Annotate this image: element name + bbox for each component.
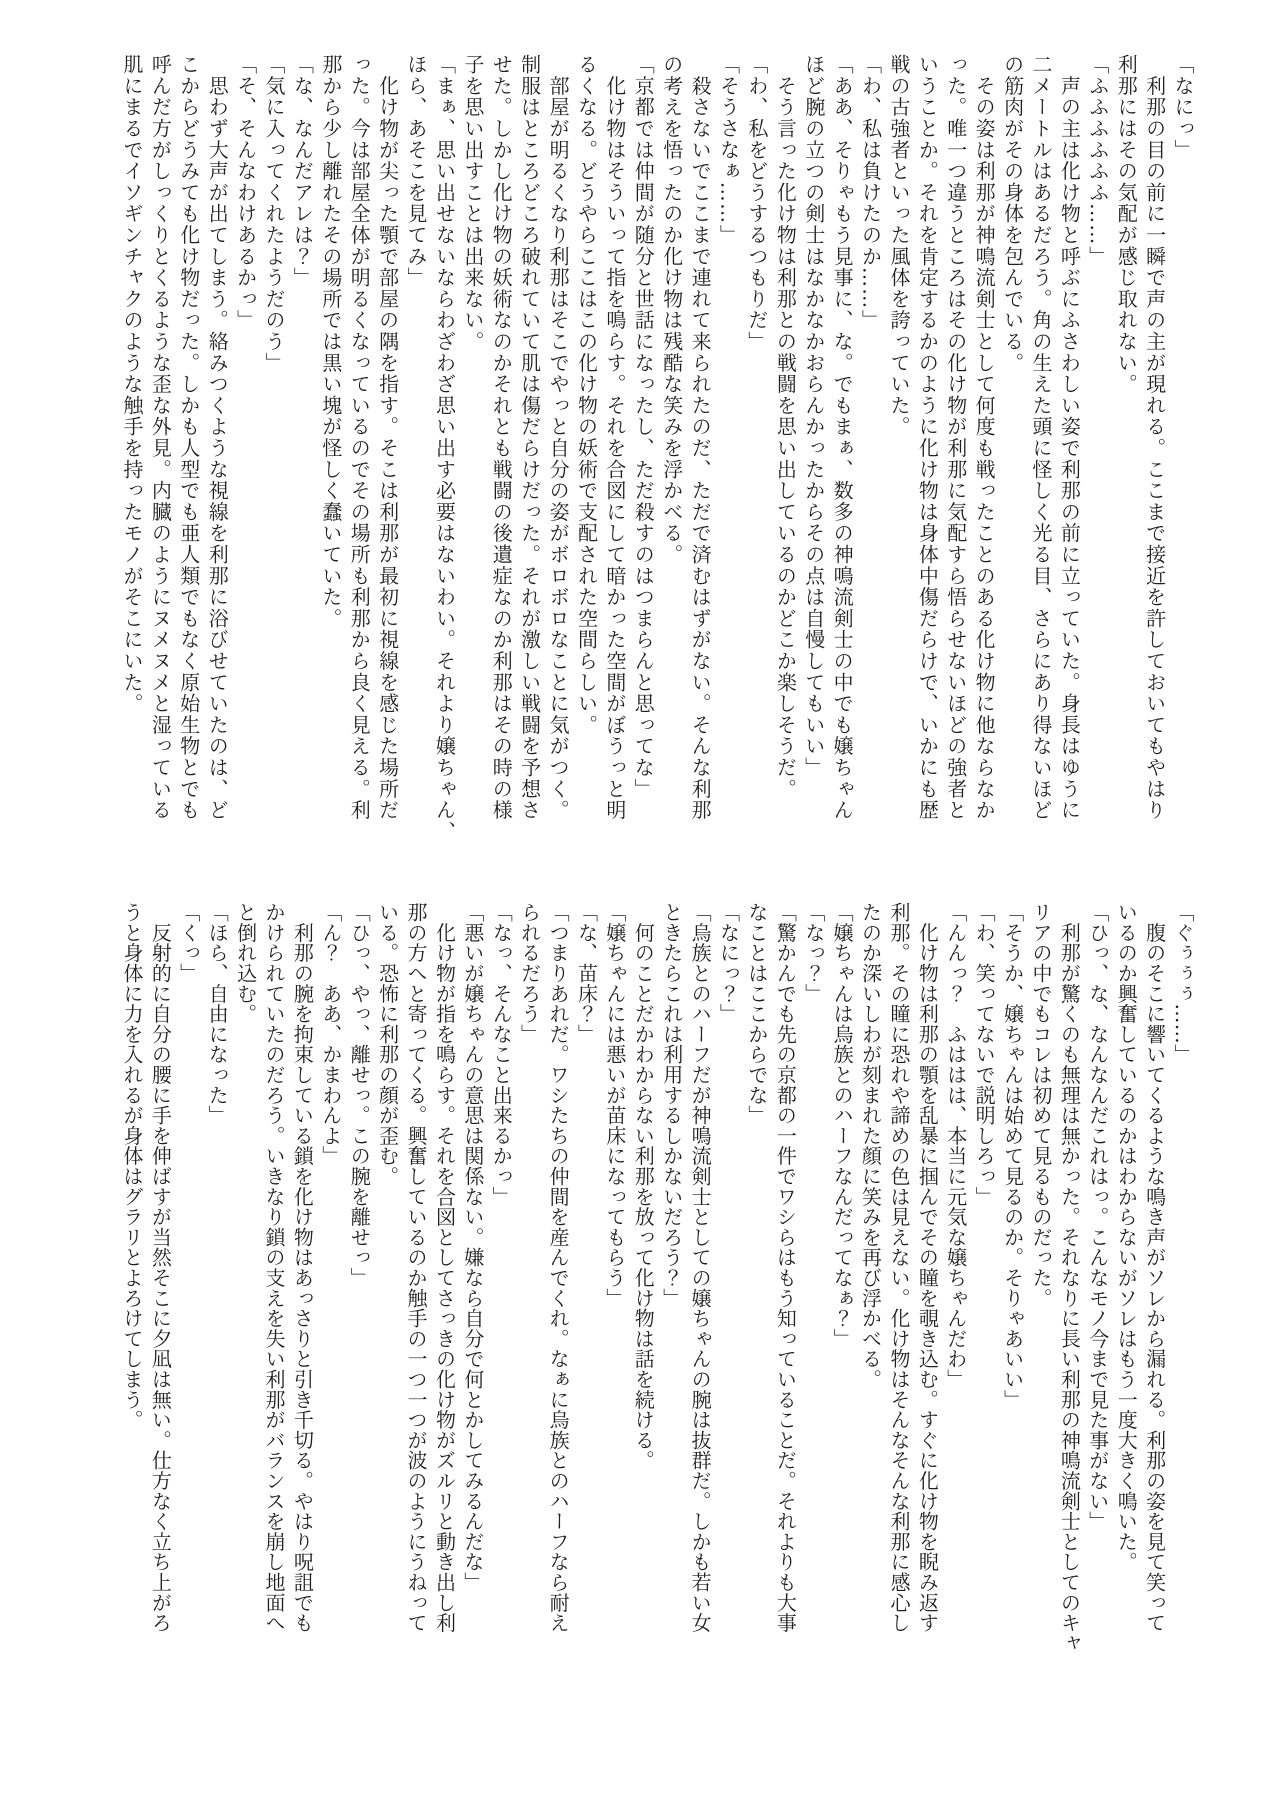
text-line: せた。しかし化け物の妖術なのかそれとも戦闘の後遺症なのか利那はその時の様 bbox=[487, 54, 515, 854]
text-line: 「嬢ちゃんには悪いが苗床になってもらう」 bbox=[600, 902, 628, 1642]
text-line: 「気に入ってくれたようだのう」 bbox=[260, 54, 288, 854]
text-line: 声の主は化け物と呼ぶにふさわしい姿で利那の前に立っていた。身長はゆうに bbox=[1055, 54, 1083, 854]
text-line: 「わ、私は負けたのか……」 bbox=[856, 54, 884, 854]
text-line: 「な、苗床？」 bbox=[572, 902, 600, 1642]
text-line: 「ふふふふふふ……」 bbox=[1083, 54, 1111, 854]
text-line: その姿は利那が神鳴流剣士として何度も戦ったことのある化け物に他ならなか bbox=[970, 54, 998, 854]
text-line: 「驚かんでも先の京都の一件でワシらはもう知っていることだ。それよりも大事 bbox=[771, 902, 799, 1642]
text-line: 制服はところどころ破れていて肌は傷だらけだった。それが激しい戦闘を予想さ bbox=[515, 54, 543, 854]
text-line: った。唯一つ違うところはその化け物が利那に気配すら悟らせないほどの強者と bbox=[941, 54, 969, 854]
text-line: 部屋が明るくなり利那はそこでやっと自分の姿がボロボロなことに気がつく。 bbox=[544, 54, 572, 854]
text-line: ときたらこれは利用するしかないだろう？」 bbox=[657, 902, 685, 1642]
text-line: ほど腕の立つの剣士はなかなかおらんかったからその点は自慢してもいい」 bbox=[799, 54, 827, 854]
text-line: の筋肉がその身体を包んでいる。 bbox=[998, 54, 1026, 854]
text-line: 化け物はそういって指を鳴らす。それを合図にして暗かった空間がぼうっと明 bbox=[600, 54, 628, 854]
top-text-block: 「なにっ」 利那の目の前に一瞬で声の主が現れる。ここまで接近を許しておいてもやは… bbox=[118, 54, 1197, 854]
text-line: こからどうみても化け物だった。しかも人型でも亜人類でもなく原始生物とでも bbox=[174, 54, 202, 854]
text-line: 腹のそこに響いてくるような鳴き声がソレから漏れる。利那の姿を見て笑って bbox=[1140, 902, 1168, 1642]
text-line: 「京都では仲間が随分と世話になったし、ただ殺すのはつまらんと思ってな」 bbox=[629, 54, 657, 854]
text-line: 那から少し離れたその場所では黒い塊が怪しく蠢いていた。 bbox=[316, 54, 344, 854]
text-line: 二メートルはあるだろう。角の生えた頭に怪しく光る目、さらにあり得ないほど bbox=[1027, 54, 1055, 854]
text-line: 思わず大声が出てしまう。絡みつくような視線を利那に浴びせていたのは、ど bbox=[203, 54, 231, 854]
text-line: 反射的に自分の腰に手を伸ばすが当然そこに夕凪は無い。仕方なく立ち上がろ bbox=[146, 902, 174, 1642]
text-line: 「そ、そんなわけあるかっ」 bbox=[231, 54, 259, 854]
text-line: そう言った化け物は利那との戦闘を思い出しているのかどこか楽しそうだ。 bbox=[771, 54, 799, 854]
text-line: と倒れ込む。 bbox=[231, 902, 259, 1642]
text-line: いるのか興奮しているのかはわからないがソレはもう一度大きく鳴いた。 bbox=[1112, 902, 1140, 1642]
text-line: 「そうか、嬢ちゃんは始めて見るのか。そりゃあいい」 bbox=[998, 902, 1026, 1642]
text-line: 「ほら、自由になった」 bbox=[203, 902, 231, 1642]
text-line: 「悪いが嬢ちゃんの意思は関係ない。嫌なら自分で何とかしてみるんだな」 bbox=[458, 902, 486, 1642]
text-line: なことはここからでな」 bbox=[743, 902, 771, 1642]
text-line: 「ぐぅぅぅ……」 bbox=[1169, 902, 1197, 1642]
text-line: 「わ、私をどうするつもりだ」 bbox=[743, 54, 771, 854]
text-line: 「くっ」 bbox=[174, 902, 202, 1642]
text-line: 化け物は利那の顎を乱暴に掴んでその瞳を覗き込む。すぐに化け物を睨み返す bbox=[913, 902, 941, 1642]
text-line: 利那が驚くのも無理は無かった。それなりに長い利那の神鳴流剣士としてのキャ bbox=[1055, 902, 1083, 1642]
text-line: った。今は部屋全体が明るくなっているのでその場所も利那から良く見える。利 bbox=[345, 54, 373, 854]
text-line: 利那。その瞳に恐れや諦めの色は見えない。化け物はそんなそんな利那に感心し bbox=[885, 902, 913, 1642]
text-line: 「烏族とのハーフだが神鳴流剣士としての嬢ちゃんの腕は抜群だ。しかも若い女 bbox=[686, 902, 714, 1642]
text-line: 「んんっ？ ふははは、本当に元気な嬢ちゃんだわ」 bbox=[941, 902, 969, 1642]
text-line: 肌にまるでイソギンチャクのような触手を持ったモノがそこにいた。 bbox=[118, 54, 146, 854]
text-line: 利那にはその気配が感じ取れない。 bbox=[1112, 54, 1140, 854]
text-line: 「つまりあれだ。ワシたちの仲間を産んでくれ。なぁに烏族とのハーフなら耐え bbox=[544, 902, 572, 1642]
text-line: いうことか。それを肯定するかのように化け物は身体中傷だらけで、いかにも歴 bbox=[913, 54, 941, 854]
text-line: 「そうさなぁ……」 bbox=[714, 54, 742, 854]
text-line: 「ひっ、な、なんなんだこれはっ。こんなモノ今まで見た事がない」 bbox=[1083, 902, 1111, 1642]
text-line: 殺さないでここまで連れて来られたのだ、ただで済むはずがない。そんな利那 bbox=[686, 54, 714, 854]
text-line: 利那の目の前に一瞬で声の主が現れる。ここまで接近を許しておいてもやはり bbox=[1140, 54, 1168, 854]
text-line: 「ああ、そりゃもう見事に、な。でもまぁ、数多の神鳴流剣士の中でも嬢ちゃん bbox=[828, 54, 856, 854]
text-line: 「なっ？」 bbox=[799, 902, 827, 1642]
text-line: 「まぁ、思い出せないならわざわざ思い出す必要はないわい。それより嬢ちゃん、 bbox=[430, 54, 458, 854]
text-line: 「なにっ」 bbox=[1169, 54, 1197, 854]
text-line: 子を思い出すことは出来ない。 bbox=[458, 54, 486, 854]
text-line: かけられていたのだろう。いきなり鎖の支えを失い利那がバランスを崩し地面へ bbox=[260, 902, 288, 1642]
bottom-text-block: 「ぐぅぅぅ……」 腹のそこに響いてくるような鳴き声がソレから漏れる。利那の姿を見… bbox=[118, 902, 1197, 1642]
text-line: うと身体に力を入れるが身体はグラリとよろけてしまう。 bbox=[118, 902, 146, 1642]
text-line: 「なにっ？」 bbox=[714, 902, 742, 1642]
text-line: たのか深いしわが刻まれた顔に笑みを再び浮かべる。 bbox=[856, 902, 884, 1642]
text-line: 呼んだ方がしっくりとくるような歪な外見。内臓のようにヌメヌメと湿っている bbox=[146, 54, 174, 854]
text-line: いる。恐怖に利那の顔が歪む。 bbox=[373, 902, 401, 1642]
text-line: 「ん？ ああ、かまわんよ」 bbox=[316, 902, 344, 1642]
text-line: 「なっ、そんなこと出来るかっ」 bbox=[487, 902, 515, 1642]
text-line: られるだろう」 bbox=[515, 902, 543, 1642]
text-line: 「な、なんだアレは？」 bbox=[288, 54, 316, 854]
text-line: 戦の古強者といった風体を誇っていた。 bbox=[885, 54, 913, 854]
text-line: 化け物が指を鳴らす。それを合図としてさっきの化け物がズルリと動き出し利 bbox=[430, 902, 458, 1642]
text-line: 化け物が尖った顎で部屋の隅を指す。そこは利那が最初に視線を感じた場所だ bbox=[373, 54, 401, 854]
text-line: るくなる。どうやらここはこの化け物の妖術で支配された空間らしい。 bbox=[572, 54, 600, 854]
text-line: リアの中でもコレは初めて見るものだった。 bbox=[1027, 902, 1055, 1642]
text-line: 何のことだかわからない利那を放って化け物は話を続ける。 bbox=[629, 902, 657, 1642]
text-line: 「ひっ、やっ、離せっ。この腕を離せっ」 bbox=[345, 902, 373, 1642]
text-line: 那の方へと寄ってくる。興奮しているのか触手の一つ一つが波のようにうねって bbox=[402, 902, 430, 1642]
text-line: 利那の腕を拘束している鎖を化け物はあっさりと引き千切る。やはり呪詛でも bbox=[288, 902, 316, 1642]
text-line: の考えを悟ったのか化け物は残酷な笑みを浮かべる。 bbox=[657, 54, 685, 854]
text-line: 「わ、笑ってないで説明しろっ」 bbox=[970, 902, 998, 1642]
text-line: ほら、あそこを見てみ」 bbox=[402, 54, 430, 854]
text-line: 「嬢ちゃんは烏族とのハーフなんだってなぁ？」 bbox=[828, 902, 856, 1642]
